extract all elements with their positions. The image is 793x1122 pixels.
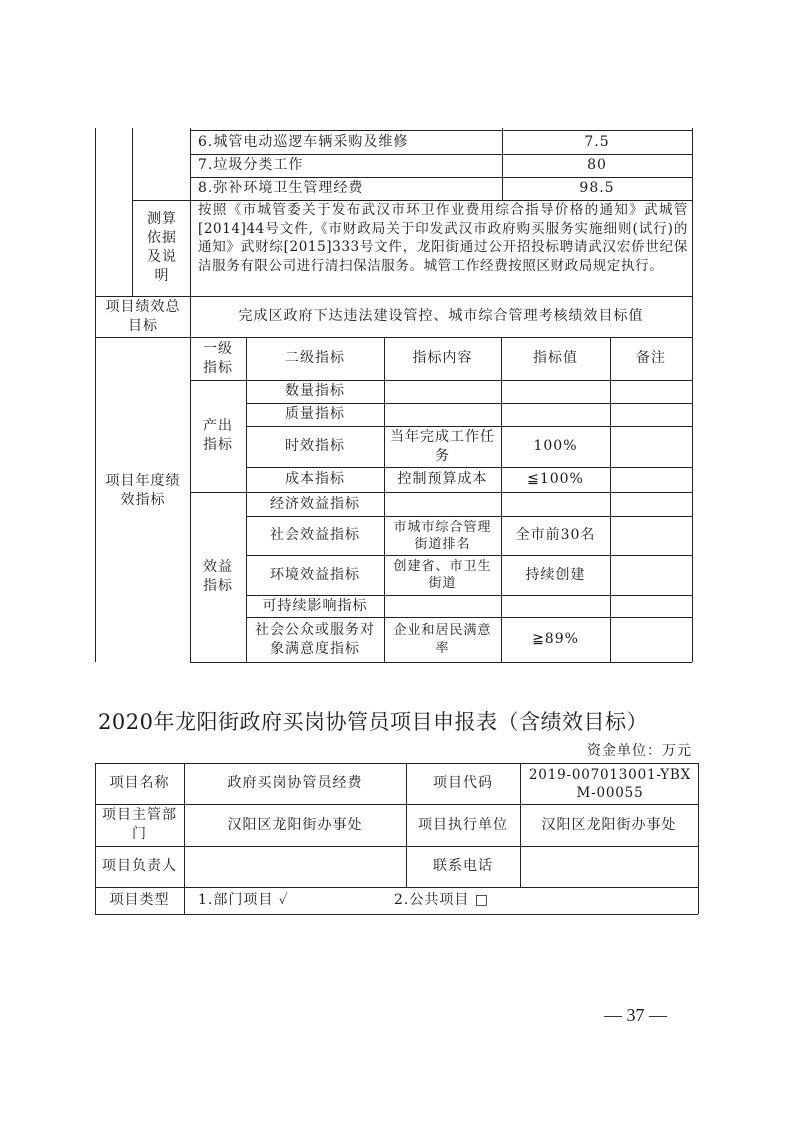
budget-item-name: 8.弥补环境卫生管理经费: [190, 177, 502, 200]
overall-goal-text: 完成区政府下达违法建设管控、城市综合管理考核绩效目标值: [190, 296, 692, 337]
indicator-level2: 时效指标: [246, 426, 384, 467]
annual-indicators-label: 项目年度绩效指标: [97, 470, 189, 512]
project-type-department[interactable]: 1.部门项目 ✓: [192, 887, 392, 914]
budget-item-amount: 7.5: [502, 130, 692, 154]
table-divider: [190, 128, 191, 662]
exec-unit-label: 项目执行单位: [406, 804, 520, 846]
header-note: 备注: [610, 337, 692, 380]
project-code-label: 项目代码: [406, 763, 520, 804]
indicator-value: 全市前30名: [501, 516, 610, 555]
table-border-bottom: [190, 662, 692, 663]
indicator-content: 市城市综合管理街道排名: [388, 516, 497, 555]
budget-item-name: 7.垃圾分类工作: [190, 154, 502, 177]
table-divider: [132, 128, 133, 296]
dept-label: 项目主管部门: [99, 804, 180, 846]
indicator-value: 100%: [501, 426, 610, 467]
project-name-value: 政府买岗协管员经费: [184, 763, 406, 804]
budget-item-amount: 98.5: [502, 177, 692, 200]
overall-goal-label: 项目绩效总目标: [97, 296, 189, 337]
exec-unit-value: 汉阳区龙阳街办事处: [520, 804, 698, 846]
header-level2: 二级指标: [246, 337, 384, 380]
indicator-level2: 社会效益指标: [246, 516, 384, 555]
indicator-content: 企业和居民满意率: [390, 617, 495, 662]
basis-label: 测算依据及说明: [140, 200, 184, 296]
table-border-right: [698, 763, 699, 914]
indicator-level2: 质量指标: [246, 403, 384, 426]
indicator-value: ≧89%: [501, 617, 610, 662]
output-indicators-group: 产出指标: [198, 380, 238, 492]
benefit-indicators-group: 效益指标: [198, 492, 238, 662]
dept-value: 汉阳区龙阳街办事处: [184, 804, 406, 846]
project-type-public[interactable]: 2.公共项目 □: [388, 887, 588, 914]
indicator-content: 当年完成工作任务: [388, 426, 497, 467]
header-content: 指标内容: [384, 337, 501, 380]
table-divider: [501, 337, 502, 662]
indicator-level2: 成本指标: [246, 467, 384, 492]
form-title: 2020年龙阳街政府买岗协管员项目申报表（含绩效目标）: [98, 706, 648, 736]
owner-label: 项目负责人: [99, 846, 180, 887]
indicator-level2: 可持续影响指标: [246, 595, 384, 617]
indicator-value: ≦100%: [501, 467, 610, 492]
indicator-level2: 数量指标: [246, 380, 384, 403]
project-code-value: 2019-007013001-YBXM-00055: [524, 763, 696, 804]
header-level1: 一级指标: [196, 337, 240, 380]
indicator-level2: 环境效益指标: [246, 555, 384, 595]
project-name-label: 项目名称: [95, 763, 184, 804]
indicator-level2: 经济效益指标: [246, 492, 384, 516]
project-type-label: 项目类型: [95, 887, 184, 914]
phone-label: 联系电话: [406, 846, 520, 887]
table-divider: [610, 337, 611, 662]
indicator-content: 创建省、市卫生街道: [390, 555, 495, 595]
currency-unit: 资金单位：万元: [587, 740, 692, 760]
table-border-left: [95, 128, 96, 662]
indicator-content: 控制预算成本: [384, 467, 501, 492]
indicator-level2: 社会公众或服务对象满意度指标: [250, 617, 380, 662]
page-number: — 37 —: [604, 1005, 667, 1026]
phone-value: [520, 846, 698, 887]
table-border-bottom: [95, 914, 698, 915]
basis-text: 按照《市城管委关于发布武汉市环卫作业费用综合指导价格的通知》武城管[2014]4…: [198, 201, 688, 275]
owner-value: [184, 846, 406, 887]
budget-item-name: 6.城管电动巡逻车辆采购及维修: [190, 130, 502, 154]
budget-item-amount: 80: [502, 154, 692, 177]
header-value: 指标值: [501, 337, 610, 380]
table-border-right: [692, 128, 693, 662]
indicator-value: 持续创建: [501, 555, 610, 595]
table-divider: [384, 337, 385, 662]
